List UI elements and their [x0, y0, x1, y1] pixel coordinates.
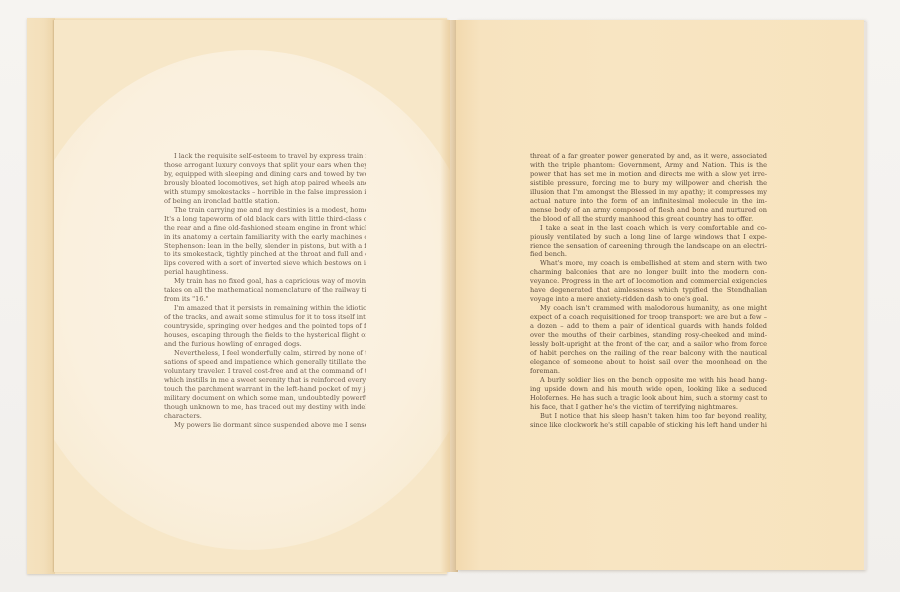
paragraph: A burly soldier lies on the bench opposi… [530, 376, 767, 412]
text-line: sations of speed and impatience which ge… [164, 358, 366, 367]
right-page-text: threat of a far greater power generated … [530, 152, 767, 430]
text-line: which instills in me a sweet serenity th… [164, 376, 366, 385]
text-line: lessly bolt-upright at the front of the … [530, 340, 767, 349]
text-line: in its anatomy a certain familiarity wit… [164, 233, 366, 242]
text-line: of the tracks, and await some stimulus f… [164, 313, 366, 322]
text-line: those arrogant luxury convoys that split… [164, 161, 366, 170]
text-line: I lack the requisite self-esteem to trav… [164, 152, 366, 161]
paragraph: My coach isn't crammed with malodorous h… [530, 304, 767, 376]
text-line: I take a seat in the last coach which is… [530, 224, 767, 233]
text-line: My coach isn't crammed with malodorous h… [530, 304, 767, 313]
text-line: But I notice that his sleep hasn't taken… [530, 412, 767, 421]
text-line: brously bloated locomotives, set high at… [164, 179, 366, 188]
text-line: a dozen – add to them a pair of identica… [530, 322, 767, 331]
text-line: the blood of all the sturdy manhood this… [530, 215, 767, 224]
stacked-page-edges [27, 18, 55, 574]
paragraph: I'm amazed that it persists in remaining… [164, 304, 366, 349]
book-spread-photo: I lack the requisite self-esteem to trav… [0, 0, 900, 592]
paragraph: Nevertheless, I feel wonderfully calm, s… [164, 349, 366, 421]
text-line: from its "16." [164, 295, 366, 304]
text-line: My train has no fixed goal, has a capric… [164, 277, 366, 286]
text-line: Nevertheless, I feel wonderfully calm, s… [164, 349, 366, 358]
paragraph: I take a seat in the last coach which is… [530, 224, 767, 260]
text-line: It's a long tapeworm of old black cars w… [164, 215, 366, 224]
text-line: sistible pressure, forcing me to bury my… [530, 179, 767, 188]
paragraph: My train has no fixed goal, has a capric… [164, 277, 366, 304]
text-line: with stumpy smokestacks – horrible in th… [164, 188, 366, 197]
text-line: military document on which some man, und… [164, 394, 366, 403]
text-line: expect of a coach requisitioned for troo… [530, 313, 767, 322]
paragraph: My powers lie dormant since suspended ab… [164, 421, 366, 430]
text-line: his face, that I gather he's the victim … [530, 403, 767, 412]
text-line: A burly soldier lies on the bench opposi… [530, 376, 767, 385]
text-line: the rear and a fine old-fashioned steam … [164, 224, 366, 233]
paragraph: The train carrying me and my destinies i… [164, 206, 366, 278]
text-line: mense body of an army composed of flesh … [530, 206, 767, 215]
text-line: and the furious howling of enraged dogs. [164, 340, 366, 349]
text-line: I'm amazed that it persists in remaining… [164, 304, 366, 313]
paragraph: I lack the requisite self-esteem to trav… [164, 152, 366, 206]
text-line: Stephenson: lean in the belly, slender i… [164, 242, 366, 251]
text-line: takes on all the mathematical nomenclatu… [164, 286, 366, 295]
left-page-text: I lack the requisite self-esteem to trav… [164, 152, 366, 430]
paragraph: threat of a far greater power generated … [530, 152, 767, 224]
text-line: with the triple phantom: Government, Arm… [530, 161, 767, 170]
text-line: actual nature into the form of an infini… [530, 197, 767, 206]
text-line: ing upside down and his mouth wide open,… [530, 385, 767, 394]
text-line: fied bench. [530, 250, 767, 259]
text-line: by, equipped with sleeping and dining ca… [164, 170, 366, 179]
text-line: threat of a far greater power generated … [530, 152, 767, 161]
text-line: My powers lie dormant since suspended ab… [164, 421, 366, 430]
text-line: The train carrying me and my destinies i… [164, 206, 366, 215]
text-line: since like clockwork he's still capable … [530, 421, 767, 430]
text-line: voyage into a mere anxiety-ridden dash t… [530, 295, 767, 304]
text-line: foreman. [530, 367, 767, 376]
paragraph: But I notice that his sleep hasn't taken… [530, 412, 767, 430]
text-line: Holofernes. He has such a tragic look ab… [530, 394, 767, 403]
text-line: countryside, springing over hedges and t… [164, 322, 366, 331]
paragraph: What's more, my coach is embellished at … [530, 259, 767, 304]
text-line: houses, escaping through the fields to t… [164, 331, 366, 340]
text-line: to its smokestack, tightly pinched at th… [164, 250, 366, 259]
text-line: of habit perches on the railing of the r… [530, 349, 767, 358]
text-line: touch the parchment warrant in the left-… [164, 385, 366, 394]
text-line: piously ventilated by such a long line o… [530, 233, 767, 242]
page-deckle-edge [864, 22, 867, 570]
text-line: have degenerated that aimlessness which … [530, 286, 767, 295]
text-line: lips covered with a sort of inverted sie… [164, 259, 366, 268]
text-line: illusion that I'm amongst the Blessed in… [530, 188, 767, 197]
text-line: rience the sensation of careening throug… [530, 242, 767, 251]
text-line: power that has set me in motion and dire… [530, 170, 767, 179]
text-line: What's more, my coach is embellished at … [530, 259, 767, 268]
text-line: charming balconies that are no longer bu… [530, 268, 767, 277]
text-line: characters. [164, 412, 366, 421]
text-line: though unknown to me, has traced out my … [164, 403, 366, 412]
text-line: of being an ironclad battle station. [164, 197, 366, 206]
text-line: voluntary traveler. I travel cost-free a… [164, 367, 366, 376]
text-line: perial haughtiness. [164, 268, 366, 277]
text-line: over the mouths of their carbines, stand… [530, 331, 767, 340]
text-line: elegance of someone about to hoist sail … [530, 358, 767, 367]
text-line: veyance. Progress in the art of locomoti… [530, 277, 767, 286]
